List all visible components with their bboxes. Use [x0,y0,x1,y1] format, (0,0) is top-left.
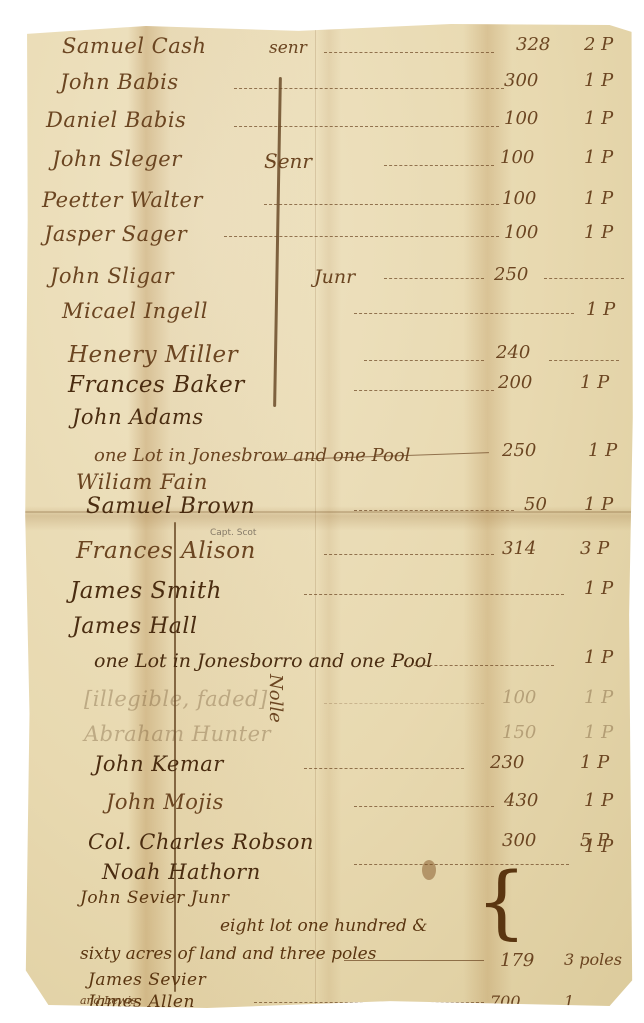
entry-acres: 250 [502,440,536,461]
leader-line [354,806,494,807]
leader-line [304,768,464,769]
list-item: John Sevier Junr eight lot one hundred &… [24,888,634,918]
entry-name: Frances Baker [68,372,245,398]
leader-line [354,864,569,865]
leader-line [234,126,499,127]
entry-name: Micael Ingell [62,299,208,323]
entry-acres: 179 [500,950,534,971]
list-item: Samuel Brown 50 1 P [24,494,634,524]
leader-line [224,236,499,237]
entry-acres: 100 [502,188,536,209]
entry-name: Col. Charles Robson [88,830,314,854]
list-item: Micael Ingell 1 P [24,299,634,329]
entry-name: John Kemar [94,752,224,776]
strike-line [264,452,489,461]
document-page: Samuel Cash senr 328 2 P John Babis 300 … [24,22,634,1010]
leader-line [354,510,514,511]
entry-polls: 1 P [588,440,617,461]
list-item: John Babis 300 1 P [24,70,634,100]
entry-name: Noah Hathorn [102,860,261,884]
entry-acres: 100 [502,687,536,708]
entry-acres: 300 [502,830,536,851]
list-item: Col. Charles Robson 300 5 P [24,830,634,860]
entry-polls: 1 P [580,372,609,393]
list-item: James Hall one Lot in Jonesborro and one… [24,614,634,644]
entry-polls: 1 P [584,578,613,599]
list-item-continuation: 250 1 P [24,440,634,470]
entry-name: Jasper Sager [44,222,187,246]
leader-line [264,204,499,205]
entry-name: [illegible, faded] [84,687,268,711]
leader-line [549,360,619,361]
entry-note: Senr [264,149,312,173]
list-item: Peetter Walter 100 1 P [24,188,634,218]
entry-polls: 1 P [584,722,613,743]
entry-note: Junr [314,266,355,288]
entry-polls: 1 P [584,188,613,209]
entry-acres: 700 [490,992,521,1011]
entry-acres: 200 [498,372,532,393]
entry-polls: 3 P [580,538,609,559]
entry-polls: 3 poles [564,950,622,969]
leader-line [544,278,624,279]
list-item: Noah Hathorn 1 P [24,860,634,890]
entry-acres: 50 [524,494,547,515]
entry-acres: 430 [504,790,538,811]
brace-mark: { [476,862,527,942]
list-item: Frances Baker 200 1 P [24,372,634,402]
entry-polls: 1 P [584,836,613,857]
entry-acres: 100 [500,147,534,168]
entry-acres: 328 [516,34,550,55]
leader-line [354,390,494,391]
leader-line [384,278,484,279]
entry-name: Wiliam Fain [76,470,208,494]
list-item-continuation: 1 P [24,647,634,677]
entry-name: John Sleger [52,147,182,171]
leader-line [234,88,504,89]
list-item: Abraham Hunter 150 1 P [24,722,634,752]
entry-acres: 240 [496,342,530,363]
entry-polls: 1 P [584,222,613,243]
entry-polls: 1 P [584,70,613,91]
list-item: John Mojis 430 1 P [24,790,634,820]
entry-acres: 230 [490,752,524,773]
list-item: Samuel Cash senr 328 2 P [24,34,634,64]
entry-polls: 1 P [584,647,613,668]
entry-name: John Mojis [106,790,224,814]
leader-line [354,313,574,314]
entry-name: Daniel Babis [46,108,186,132]
entry-name: Samuel Cash [62,34,207,58]
entry-acres: 100 [504,108,538,129]
list-item: Daniel Babis 100 1 P [24,108,634,138]
entry-name: John Sevier Junr [80,888,230,908]
entry-acres: 100 [504,222,538,243]
leader-line [324,554,494,555]
entry-name: Abraham Hunter [84,722,271,746]
footer-note: and Lewis [80,994,137,1007]
leader-line [384,165,494,166]
list-item: John Sligar Junr 250 [24,264,634,294]
leader-line [404,665,554,666]
leader-line [364,360,484,361]
list-item: John Kemar 230 1 P [24,752,634,782]
entry-name: James Hall [72,614,197,639]
entry-name: Peetter Walter [42,188,203,212]
entry-polls: 1 P [584,108,613,129]
entry-acres: 314 [502,538,536,559]
leader-line [254,1002,484,1003]
entry-polls: 1 P [584,147,613,168]
entry-polls: 2 P [584,34,613,55]
list-item: Henery Miller 240 [24,342,634,372]
entry-polls: 1 P [584,790,613,811]
list-item: Jasper Sager 100 1 P [24,222,634,252]
entry-polls: 1 P [586,299,615,320]
entry-polls: 1 P [584,687,613,708]
entry-name: Frances Alison [76,538,256,564]
stamp-annotation: Capt. Scot [210,528,256,538]
list-item: Frances Alison 314 3 P [24,538,634,568]
entry-acres: 300 [504,70,538,91]
list-item: John Sleger Senr 100 1 P [24,147,634,177]
list-item: James Smith 1 P [24,578,634,608]
entry-acres: 250 [494,264,528,285]
entry-name: John Adams [72,405,204,429]
entry-polls: 1 [564,992,574,1011]
entry-name: John Babis [60,70,179,94]
entry-name: John Sligar [50,264,174,288]
leader-line [324,703,484,704]
entry-note: senr [269,38,307,58]
list-item: John Adams one Lot in Jonesbrow and one … [24,405,634,435]
entry-polls: 1 P [584,494,613,515]
leader-line [324,52,494,53]
entry-polls: 1 P [580,752,609,773]
vertical-annotation: Nolle [265,674,286,723]
leader-line [344,960,484,961]
entry-acres: 150 [502,722,536,743]
entry-name: Henery Miller [68,342,238,368]
ink-stain [422,860,436,880]
entry-name: Samuel Brown [86,494,255,519]
leader-line [304,594,564,595]
list-item: [illegible, faded] 100 1 P [24,687,634,717]
entry-name: James Smith [70,578,222,604]
entry-name: James Sevier [88,970,206,990]
